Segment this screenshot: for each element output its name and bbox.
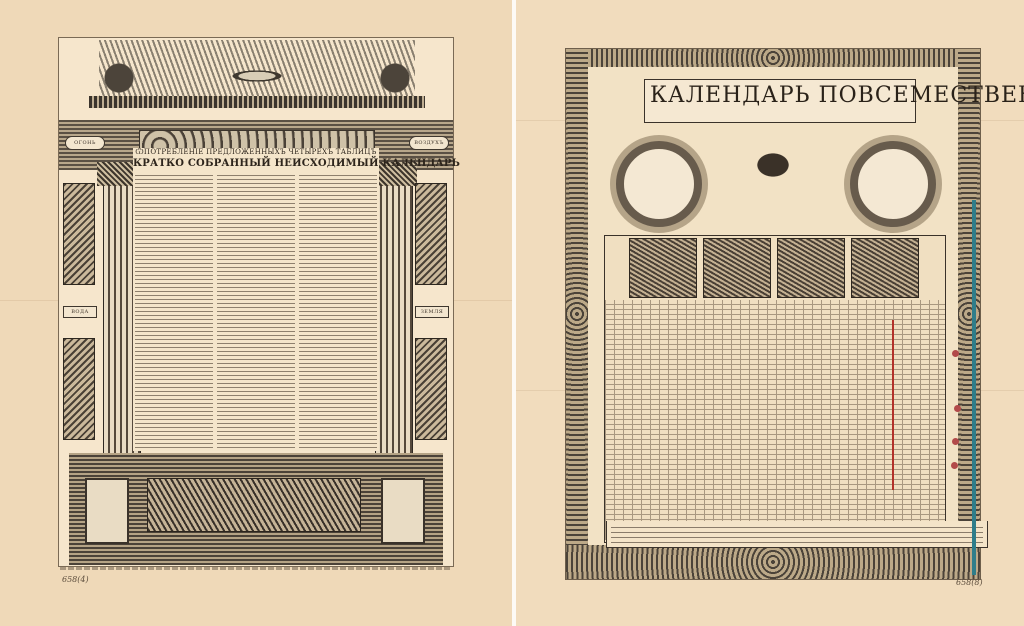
cartouche-water: ВОДА [63, 306, 97, 318]
left-dial-sundial [616, 141, 702, 227]
calendar-title: КАЛЕНДАРЬ ПОВСЕМЕСТВЕННЫЙ [650, 83, 910, 108]
cornice [89, 96, 425, 108]
month-vignette-4 [851, 238, 919, 298]
pedestal-right [381, 478, 425, 544]
left-engraving-plate: ОГОНЬ ВОЗДУХЪ ВОДА ЗЕМЛЯ ѾПОТРЕБЛЕНІЕ ПР… [58, 37, 454, 567]
calendar-grid-lines [605, 300, 945, 540]
figure-niche-top-right [415, 183, 447, 285]
figure-niche-bottom-left [63, 338, 95, 440]
bottom-note [606, 521, 988, 548]
cartouche-fire: ОГОНЬ [65, 136, 105, 150]
right-dial-zodiac [850, 141, 936, 227]
red-margin-rule [892, 320, 894, 490]
title-line-1: ѾПОТРЕБЛЕНІЕ ПРЕДЛОЖЕННЫХЪ ЧЕТЫРЕХЪ ТАБЛ… [133, 148, 379, 156]
archive-number-left: 658(4) [62, 575, 89, 584]
cartouche-air: ВОЗДУХЪ [409, 136, 449, 150]
cartouche-earth: ЗЕМЛЯ [415, 306, 449, 318]
bottom-border-garland [566, 545, 980, 579]
right-column [375, 186, 413, 454]
bottom-note-text [611, 525, 983, 543]
text-column-1 [135, 174, 213, 448]
right-border-garland [958, 49, 980, 579]
flower-ornament [954, 405, 961, 412]
archive-number-right: 658(8) [956, 578, 983, 587]
left-sheet: ОГОНЬ ВОЗДУХЪ ВОДА ЗЕМЛЯ ѾПОТРЕБЛЕНІЕ ПР… [0, 0, 512, 626]
text-column-3 [299, 174, 377, 448]
text-column-2 [217, 174, 295, 448]
left-border-garland [566, 49, 588, 579]
pedestal-left [85, 478, 129, 544]
base-relief [147, 478, 361, 532]
month-vignette-1 [629, 238, 697, 298]
right-engraving-plate: КАЛЕНДАРЬ ПОВСЕМЕСТВЕННЫЙ [565, 48, 981, 580]
flower-ornament [952, 438, 959, 445]
crest-ornament [99, 40, 415, 100]
blue-edge-border [972, 200, 976, 575]
calendar-table [604, 235, 946, 543]
top-border-garland [566, 49, 980, 67]
figure-niche-top-left [63, 183, 95, 285]
instructions-text-block: ѾПОТРЕБЛЕНІЕ ПРЕДЛОЖЕННЫХЪ ЧЕТЫРЕХЪ ТАБЛ… [133, 148, 379, 451]
flower-ornament [952, 350, 959, 357]
figure-niche-bottom-right [415, 338, 447, 440]
engraver-footnote [60, 567, 450, 570]
flower-ornament [951, 462, 958, 469]
double-headed-eagle-emblem [746, 145, 800, 185]
month-vignette-2 [703, 238, 771, 298]
month-vignette-3 [777, 238, 845, 298]
right-sheet: КАЛЕНДАРЬ ПОВСЕМЕСТВЕННЫЙ 658(8) [516, 0, 1024, 626]
title-line-2: КРАТКО СОБРАННЫЙ НЕИСХОДИМЫЙ КАЛЕНДАРЬ [133, 158, 379, 169]
